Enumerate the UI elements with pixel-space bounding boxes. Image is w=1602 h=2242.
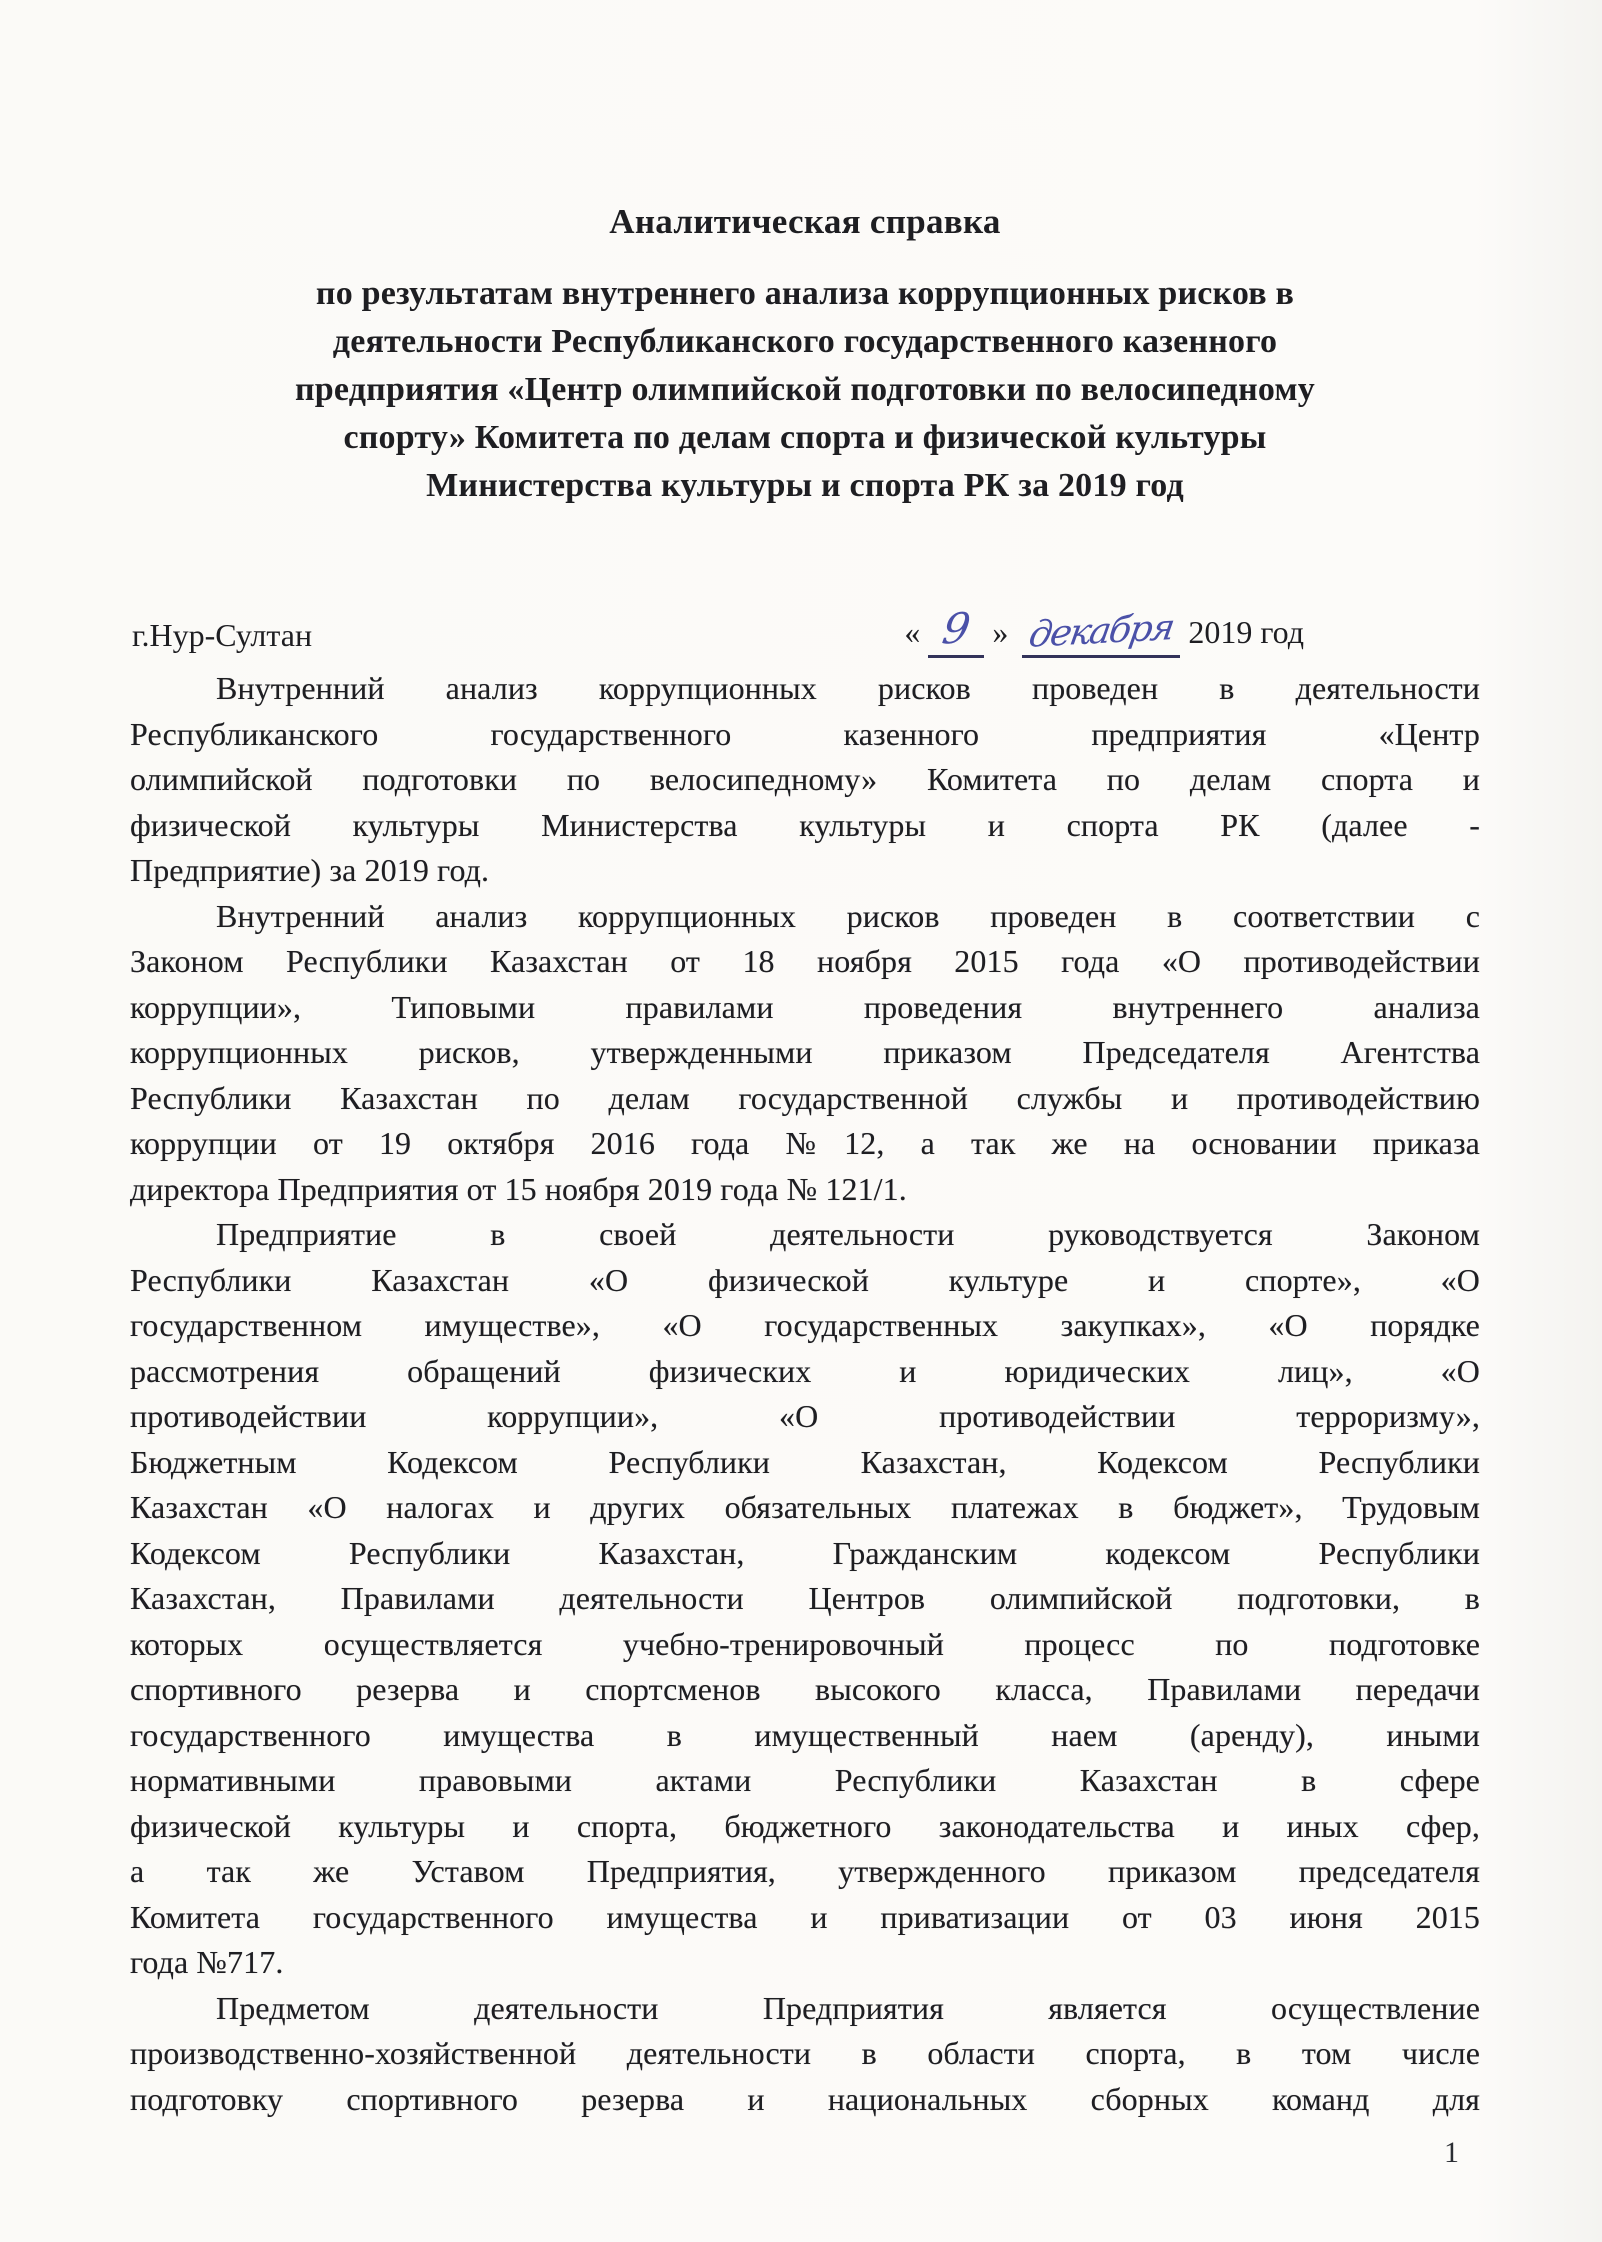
paragraph-line: а так же Уставом Предприятия, утвержденн… bbox=[130, 1849, 1480, 1895]
paragraph: Внутренний анализ коррупционных рисков п… bbox=[130, 894, 1480, 1213]
document-subtitle: по результатам внутреннего анализа корру… bbox=[130, 270, 1480, 510]
paragraph-line: Республиканского государственного казенн… bbox=[130, 712, 1480, 758]
paragraph: Предметом деятельности Предприятия являе… bbox=[130, 1986, 1480, 2123]
paragraph-line: нормативными правовыми актами Республики… bbox=[130, 1758, 1480, 1804]
paragraph-line: Комитета государственного имущества и пр… bbox=[130, 1895, 1480, 1941]
paragraph-line: Внутренний анализ коррупционных рисков п… bbox=[130, 666, 1480, 712]
date-month-slot: декабря bbox=[1022, 610, 1180, 658]
subtitle-line: Министерства культуры и спорта РК за 201… bbox=[130, 462, 1480, 510]
dateline-city: г.Нур-Султан bbox=[130, 613, 312, 658]
page-title: Аналитическая справка bbox=[130, 198, 1480, 246]
paragraph-line: подготовку спортивного резерва и национа… bbox=[130, 2077, 1480, 2123]
paragraph-line: коррупционных рисков, утвержденными прик… bbox=[130, 1030, 1480, 1076]
open-quote: « bbox=[904, 614, 920, 650]
document-content: Аналитическая справка по результатам вну… bbox=[130, 0, 1480, 2122]
paragraph-line: Предприятие) за 2019 год. bbox=[130, 848, 1480, 894]
paragraph-line: Кодексом Республики Казахстан, Гражданск… bbox=[130, 1531, 1480, 1577]
paragraph-line: физической культуры и спорта, бюджетного… bbox=[130, 1804, 1480, 1850]
paragraph-line: Предметом деятельности Предприятия являе… bbox=[130, 1986, 1480, 2032]
subtitle-line: по результатам внутреннего анализа корру… bbox=[130, 270, 1480, 318]
scanned-document-page: Аналитическая справка по результатам вну… bbox=[0, 0, 1602, 2242]
paragraph-line: государственном имуществе», «О государст… bbox=[130, 1303, 1480, 1349]
close-quote: » bbox=[992, 614, 1008, 650]
paragraph: Внутренний анализ коррупционных рисков п… bbox=[130, 666, 1480, 894]
handwritten-month: декабря bbox=[1027, 614, 1175, 649]
date-day-slot: 9 bbox=[928, 610, 984, 658]
date-year: 2019 год bbox=[1188, 614, 1304, 650]
subtitle-line: деятельности Республиканского государств… bbox=[130, 318, 1480, 366]
paragraph-line: Предприятие в своей деятельности руковод… bbox=[130, 1212, 1480, 1258]
dateline-date: « 9 » декабря 2019 год bbox=[904, 610, 1480, 658]
paragraph-line: государственного имущества в имущественн… bbox=[130, 1713, 1480, 1759]
paragraph-line: рассмотрения обращений физических и юрид… bbox=[130, 1349, 1480, 1395]
paragraph-line: физической культуры Министерства культур… bbox=[130, 803, 1480, 849]
paragraph-line: Бюджетным Кодексом Республики Казахстан,… bbox=[130, 1440, 1480, 1486]
paragraph-line: коррупции», Типовыми правилами проведени… bbox=[130, 985, 1480, 1031]
paragraph-line: которых осуществляется учебно-тренировоч… bbox=[130, 1622, 1480, 1668]
paragraph-line: олимпийской подготовки по велосипедному»… bbox=[130, 757, 1480, 803]
paragraph-line: Законом Республики Казахстан от 18 ноябр… bbox=[130, 939, 1480, 985]
paragraph-line: Республики Казахстан «О физической культ… bbox=[130, 1258, 1480, 1304]
paragraph-line: производственно-хозяйственной деятельнос… bbox=[130, 2031, 1480, 2077]
page-number: 1 bbox=[1444, 2136, 1459, 2170]
paragraph-line: противодействии коррупции», «О противоде… bbox=[130, 1394, 1480, 1440]
paragraph: Предприятие в своей деятельности руковод… bbox=[130, 1212, 1480, 1986]
paragraph-line: Внутренний анализ коррупционных рисков п… bbox=[130, 894, 1480, 940]
paragraph-line: года №717. bbox=[130, 1940, 1480, 1986]
paragraph-line: Казахстан «О налогах и других обязательн… bbox=[130, 1485, 1480, 1531]
paragraph-line: Казахстан, Правилами деятельности Центро… bbox=[130, 1576, 1480, 1622]
subtitle-line: предприятия «Центр олимпийской подготовк… bbox=[130, 366, 1480, 414]
handwritten-day: 9 bbox=[940, 613, 972, 644]
paragraph-line: директора Предприятия от 15 ноября 2019 … bbox=[130, 1167, 1480, 1213]
document-body: Внутренний анализ коррупционных рисков п… bbox=[130, 666, 1480, 2122]
paragraph-line: коррупции от 19 октября 2016 года №12, а… bbox=[130, 1121, 1480, 1167]
paragraph-line: спортивного резерва и спортсменов высоко… bbox=[130, 1667, 1480, 1713]
dateline: г.Нур-Султан « 9 » декабря 2019 год bbox=[130, 600, 1480, 658]
paragraph-line: Республики Казахстан по делам государств… bbox=[130, 1076, 1480, 1122]
subtitle-line: спорту» Комитета по делам спорта и физич… bbox=[130, 414, 1480, 462]
